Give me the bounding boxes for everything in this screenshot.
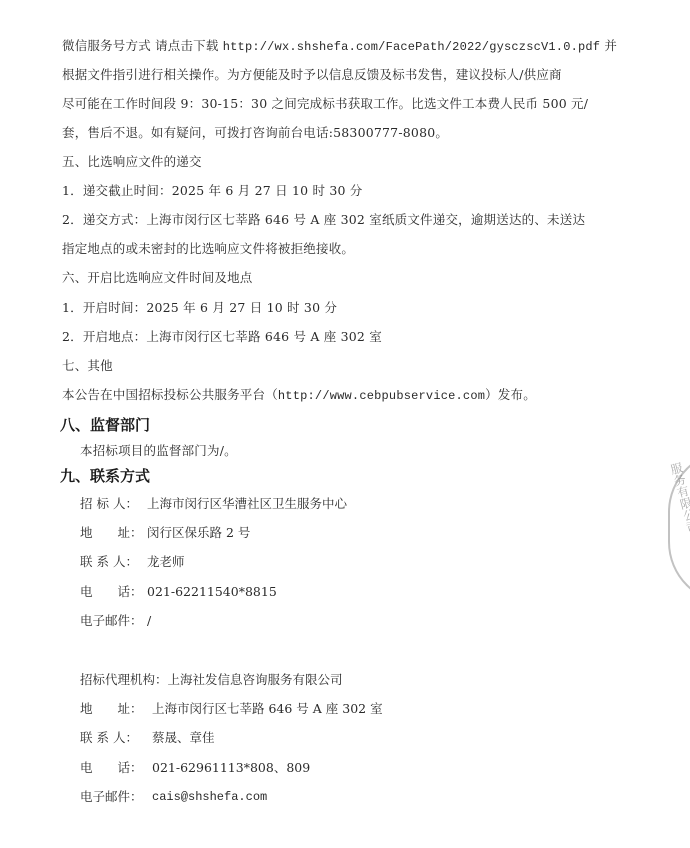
agency-phone-label: 电 话：: [80, 760, 152, 776]
section6-title: 六、开启比选响应文件时间及地点: [62, 270, 253, 286]
agency-email-row: 电子邮件： cais@shshefa.com: [80, 789, 267, 805]
tenderer-address-value: 闵行区保乐路 2 号: [147, 525, 250, 541]
intro-line-3: 尽可能在工作时间段 9：30-15：30 之间完成标书获取工作。比选文件工本费人…: [62, 96, 588, 112]
agency-phone-row: 电 话： 021-62961113*808、809: [80, 760, 310, 776]
agency-name-label: 招标代理机构：: [80, 672, 168, 688]
agency-phone-value: 021-62961113*808、809: [152, 760, 310, 776]
section6-item-2: 2．开启地点：上海市闵行区七莘路 646 号 A 座 302 室: [62, 329, 382, 345]
section8-text: 本招标项目的监督部门为/。: [80, 443, 237, 459]
tenderer-name-label: 招 标 人：: [80, 496, 147, 512]
section5-item-1: 1．递交截止时间：2025 年 6 月 27 日 10 时 30 分: [62, 183, 363, 199]
document-page: 微信服务号方式 请点击下载 http://wx.shshefa.com/Face…: [0, 0, 690, 848]
agency-address-value: 上海市闵行区七莘路 646 号 A 座 302 室: [152, 701, 383, 717]
tenderer-phone-value: 021-62211540*8815: [147, 584, 277, 600]
section9-title: 九、联系方式: [60, 467, 150, 485]
section7-text-post: ）发布。: [485, 387, 536, 402]
section8-title: 八、监督部门: [60, 416, 150, 434]
tenderer-contact-value: 龙老师: [147, 554, 185, 570]
section5-item-2-cont: 指定地点的或未密封的比选响应文件将被拒绝接收。: [62, 241, 354, 257]
tenderer-contact-label: 联 系 人：: [80, 554, 147, 570]
tenderer-email-value: /: [147, 613, 151, 629]
intro-line-2: 根据文件指引进行相关操作。为方便能及时予以信息反馈及标书发售，建议投标人/供应商: [62, 67, 562, 83]
agency-address-label: 地 址：: [80, 701, 152, 717]
section7-text-pre: 本公告在中国招标投标公共服务平台（: [62, 387, 278, 402]
tenderer-name-row: 招 标 人： 上海市闵行区华漕社区卫生服务中心: [80, 496, 347, 512]
agency-name-row: 招标代理机构： 上海社发信息咨询服务有限公司: [80, 672, 343, 688]
agency-contact-row: 联 系 人： 蔡晟、章佳: [80, 730, 215, 746]
section5-item-2: 2．递交方式：上海市闵行区七莘路 646 号 A 座 302 室纸质文件递交，逾…: [62, 212, 585, 228]
section6-item-1: 1．开启时间：2025 年 6 月 27 日 10 时 30 分: [62, 300, 337, 316]
agency-contact-label: 联 系 人：: [80, 730, 152, 746]
agency-address-row: 地 址： 上海市闵行区七莘路 646 号 A 座 302 室: [80, 701, 383, 717]
agency-name-value: 上海社发信息咨询服务有限公司: [168, 672, 343, 688]
cebpubservice-link[interactable]: http://www.cebpubservice.com: [278, 389, 485, 403]
tenderer-phone-label: 电 话：: [80, 584, 147, 600]
section5-title: 五、比选响应文件的递交: [62, 154, 202, 170]
tenderer-contact-row: 联 系 人： 龙老师: [80, 554, 185, 570]
section7-text: 本公告在中国招标投标公共服务平台（http://www.cebpubservic…: [62, 387, 536, 404]
agency-email-label: 电子邮件：: [80, 789, 152, 805]
section7-title: 七、其他: [62, 358, 113, 374]
tenderer-email-row: 电子邮件： /: [80, 613, 151, 629]
intro-line-1-pre: 微信服务号方式 请点击下载: [62, 38, 223, 53]
agency-email-value[interactable]: cais@shshefa.com: [152, 789, 267, 805]
intro-line-1: 微信服务号方式 请点击下载 http://wx.shshefa.com/Face…: [62, 38, 617, 55]
tenderer-name-value: 上海市闵行区华漕社区卫生服务中心: [147, 496, 347, 512]
tenderer-email-label: 电子邮件：: [80, 613, 147, 629]
agency-contact-value: 蔡晟、章佳: [152, 730, 215, 746]
intro-line-1-post: 并: [600, 38, 617, 53]
tenderer-address-row: 地 址： 闵行区保乐路 2 号: [80, 525, 250, 541]
download-link[interactable]: http://wx.shshefa.com/FacePath/2022/gysc…: [223, 40, 600, 54]
tenderer-address-label: 地 址：: [80, 525, 147, 541]
tenderer-phone-row: 电 话： 021-62211540*8815: [80, 584, 277, 600]
intro-line-4: 套，售后不退。如有疑问，可拨打咨询前台电话:58300777-8080。: [62, 125, 448, 141]
